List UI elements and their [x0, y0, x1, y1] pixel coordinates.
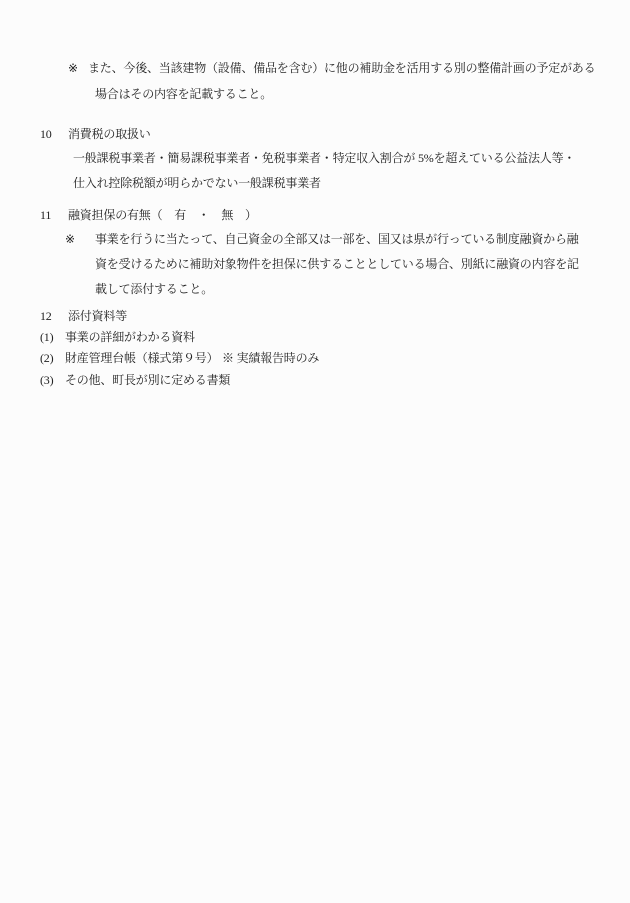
top-note-line: 場合はその内容を記載すること。 — [95, 87, 272, 102]
attachment-item-text: 事業の詳細がわかる資料 — [65, 330, 195, 345]
top-note-line: また、今後、当該建物（設備、備品を含む）に他の補助金を活用する別の整備計画の予定… — [88, 61, 595, 76]
section-10-line: 仕入れ控除税額が明らかでない一般課税事業者 — [73, 176, 321, 191]
section-11-note-line: 載して添付すること。 — [95, 282, 213, 297]
section-11-note-line: 事業を行うに当たって、自己資金の全部又は一部を、国又は県が行っている制度融資から… — [95, 232, 579, 247]
top-note-marker: ※ — [68, 61, 78, 76]
attachment-item-label: (2) — [40, 351, 53, 366]
document-page: ※ また、今後、当該建物（設備、備品を含む）に他の補助金を活用する別の整備計画の… — [0, 0, 630, 903]
section-11-title: 融資担保の有無（ 有 ・ 無 ） — [68, 208, 257, 223]
section-11-note-line: 資を受けるために補助対象物件を担保に供することとしている場合、別紙に融資の内容を… — [95, 257, 579, 272]
attachment-item-note: ※ 実績報告時のみ — [222, 351, 319, 366]
section-12-title: 添付資料等 — [68, 309, 127, 324]
section-11-note-marker: ※ — [65, 232, 75, 247]
section-10-number: 10 — [40, 127, 52, 142]
section-11-number: 11 — [40, 208, 51, 223]
section-10-line: 一般課税事業者・簡易課税事業者・免税事業者・特定収入割合が 5%を超えている公益… — [73, 151, 575, 166]
attachment-item-label: (3) — [40, 373, 53, 388]
attachment-item-text: その他、町長が別に定める書類 — [65, 373, 230, 388]
section-10-title: 消費税の取扱い — [68, 127, 151, 142]
attachment-item-label: (1) — [40, 330, 53, 345]
attachment-item-text: 財産管理台帳（様式第９号） — [65, 351, 218, 366]
section-12-number: 12 — [40, 309, 52, 324]
